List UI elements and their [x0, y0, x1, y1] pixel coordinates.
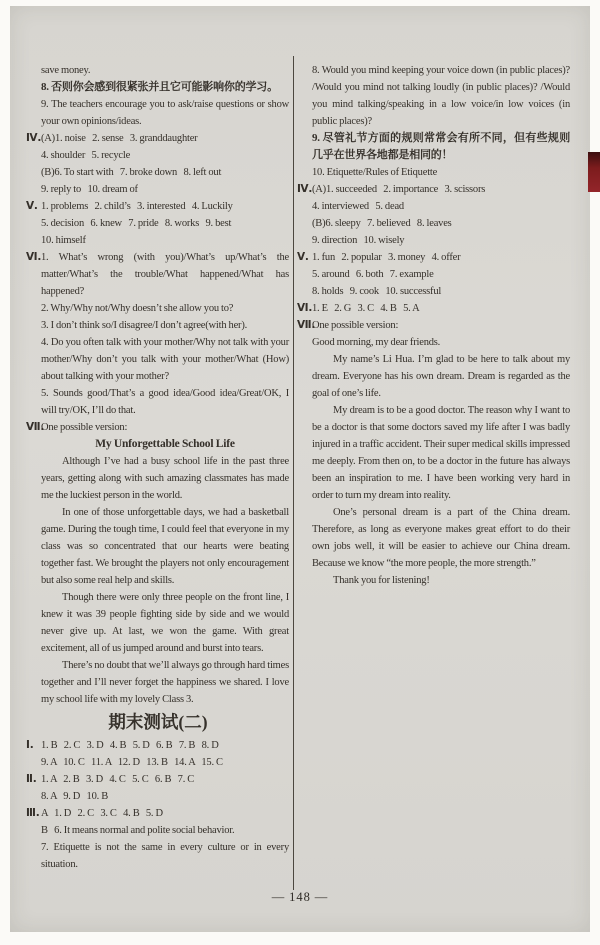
answer-item-9-chinese: 9. 尽管礼节方面的规则常常会有所不同，但有些规则几乎在世界各地都是相同的！	[312, 130, 570, 164]
roman-numeral: Ⅰ.	[26, 737, 34, 754]
roman-numeral: Ⅶ.	[26, 419, 44, 436]
answer-lines: (A)1. noise 2. sense 3. granddaughter 4.…	[41, 130, 289, 198]
essay-paragraph: In one of those unforgettable days, we h…	[41, 504, 289, 589]
essay-paragraph: Though there were only three people on t…	[41, 589, 289, 657]
section-roman-4: Ⅳ. (A)1. succeeded 2. importance 3. scis…	[298, 181, 570, 249]
roman-numeral: Ⅵ.	[297, 300, 312, 317]
section-roman-2: Ⅱ. 1. A 2. B 3. D 4. C 5. C 6. B 7. C 8.…	[27, 771, 289, 805]
answer-lines: 1. A 2. B 3. D 4. C 5. C 6. B 7. C 8. A …	[41, 771, 289, 805]
speech-paragraph: Thank you for listening!	[312, 572, 570, 589]
section-roman-3: Ⅲ. A 1. D 2. C 3. C 4. B 5. D B 6. It me…	[27, 805, 289, 873]
section-roman-6: Ⅵ. 1. What’s wrong (with you)/What’s up/…	[27, 249, 289, 419]
answer-sub-item: 3. I don’t think so/I disagree/I don’t a…	[41, 317, 289, 334]
answer-sub-item: 4. Do you often talk with your mother/Wh…	[41, 334, 289, 385]
answer-item-8: 8. Would you mind keeping your voice dow…	[312, 62, 570, 130]
essay-title: My Unforgettable School Life	[41, 436, 289, 453]
speech-paragraph: My name’s Li Hua. I’m glad to be here to…	[312, 351, 570, 402]
roman-numeral: Ⅴ.	[297, 249, 309, 266]
right-column: 8. Would you mind keeping your voice dow…	[298, 62, 570, 589]
possible-version-label: One possible version:	[312, 317, 570, 334]
answer-sub-item: A 1. D 2. C 3. C 4. B 5. D	[41, 805, 289, 822]
left-column: save money. 8. 否则你会感到很紧张并且它可能影响你的学习。 9. …	[27, 62, 289, 873]
red-edge-tab	[588, 152, 600, 192]
section-roman-7: Ⅶ. One possible version: Good morning, m…	[298, 317, 570, 589]
section-roman-5: Ⅴ. 1. problems 2. child’s 3. interested …	[27, 198, 289, 249]
answer-item-9: 9. The teachers encourage you to ask/rai…	[41, 96, 289, 130]
section-roman-6: Ⅵ. 1. E 2. G 3. C 4. B 5. A	[298, 300, 570, 317]
section-roman-7: Ⅶ. One possible version: My Unforgettabl…	[27, 419, 289, 708]
answer-lines: 1. B 2. C 3. D 4. B 5. D 6. B 7. B 8. D …	[41, 737, 289, 771]
essay-paragraph: Although I’ve had a busy school life in …	[41, 453, 289, 504]
answer-sub-item: B 6. It means normal and polite social b…	[41, 822, 289, 839]
roman-numeral: Ⅱ.	[26, 771, 37, 788]
continuation-line: save money.	[41, 62, 289, 79]
page-paper: save money. 8. 否则你会感到很紧张并且它可能影响你的学习。 9. …	[10, 6, 590, 932]
answer-item-8-chinese: 8. 否则你会感到很紧张并且它可能影响你的学习。	[41, 79, 289, 96]
answer-lines: (A)1. succeeded 2. importance 3. scissor…	[312, 181, 570, 249]
possible-version-label: One possible version:	[41, 419, 289, 436]
answer-item-10: 10. Etiquette/Rules of Etiquette	[312, 164, 570, 181]
speech-paragraph: One’s personal dream is a part of the Ch…	[312, 504, 570, 572]
speech-paragraph: My dream is to be a good doctor. The rea…	[312, 402, 570, 504]
answer-lines: 1. problems 2. child’s 3. interested 4. …	[41, 198, 289, 249]
section-roman-1: Ⅰ. 1. B 2. C 3. D 4. B 5. D 6. B 7. B 8.…	[27, 737, 289, 771]
answer-sub-item: 5. Sounds good/That’s a good idea/Good i…	[41, 385, 289, 419]
roman-numeral: Ⅲ.	[26, 805, 40, 822]
answer-sub-item: 1. What’s wrong (with you)/What’s up/Wha…	[41, 249, 289, 300]
speech-greeting: Good morning, my dear friends.	[312, 334, 570, 351]
roman-numeral: Ⅵ.	[26, 249, 41, 266]
answer-lines: 1. E 2. G 3. C 4. B 5. A	[312, 300, 570, 317]
section-roman-5: Ⅴ. 1. fun 2. popular 3. money 4. offer 5…	[298, 249, 570, 300]
answer-lines: 1. fun 2. popular 3. money 4. offer 5. a…	[312, 249, 570, 300]
roman-numeral: Ⅳ.	[26, 130, 41, 147]
roman-numeral: Ⅳ.	[297, 181, 312, 198]
section-roman-4: Ⅳ. (A)1. noise 2. sense 3. granddaughter…	[27, 130, 289, 198]
roman-numeral: Ⅶ.	[297, 317, 315, 334]
essay-paragraph: There’s no doubt that we’ll always go th…	[41, 657, 289, 708]
column-divider	[293, 56, 294, 890]
exam-heading: 期末测试(二)	[27, 709, 289, 736]
answer-sub-item: 2. Why/Why not/Why doesn’t she allow you…	[41, 300, 289, 317]
roman-numeral: Ⅴ.	[26, 198, 38, 215]
page-number: — 148 —	[10, 889, 590, 906]
answer-sub-item: 7. Etiquette is not the same in every cu…	[41, 839, 289, 873]
